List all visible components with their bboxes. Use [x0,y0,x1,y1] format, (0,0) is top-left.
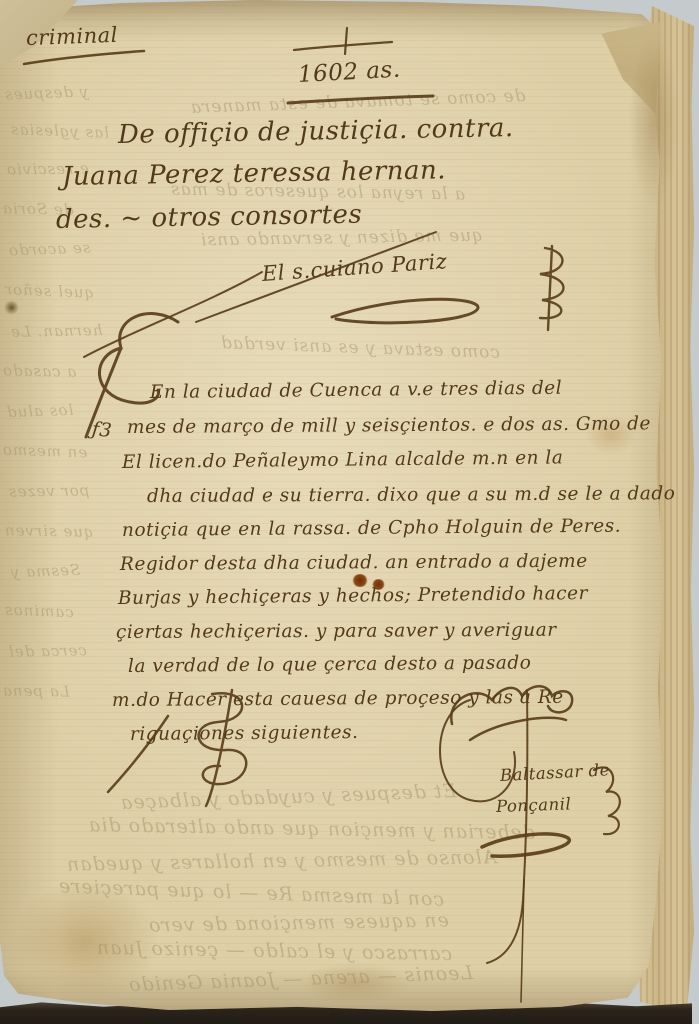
body-line: la verdad de lo que çerca desto a pasado [128,652,531,677]
title-line: des. ~ otros consortes [56,200,363,235]
bleedthrough-line: La pena [2,681,70,700]
classification-label: criminal [26,23,119,50]
manuscript-scan: y despues las yglesias e rescivio de Sor… [0,0,699,1024]
bleedthrough-line: Sesma y [10,561,81,581]
margin-mark: ƒ3 [91,418,113,442]
body-line: mes de março de mill y seisçientos. e do… [127,413,651,438]
bleedthrough-line: y despues [4,83,89,104]
bleedthrough-line: las yglesias [10,120,110,141]
bleedthrough-line: los alud [6,401,74,421]
body-line: Regidor desta dha ciudad. an entrado a d… [120,551,588,575]
body-line: En la ciudad de Cuenca a v.e tres dias d… [150,378,562,403]
bleedthrough-line: quel señor [4,280,95,301]
bleedthrough-line: hernan. Le [10,321,103,341]
bleedthrough-line: que sirven [4,521,94,541]
bleedthrough-line: se acordo [8,239,91,260]
year-heading: 1602 as. [297,57,401,88]
bleedthrough-line: a casado [2,361,77,380]
signature-name-line: Ponçanil [496,794,572,816]
bleedthrough-line: cerca del [8,641,87,660]
bleedthrough-line: en mesmo [2,441,88,462]
body-line: çiertas hechiçerias. y para saver y aver… [116,620,557,643]
bleedthrough-line: por vezes [8,481,90,500]
bleedthrough-line: caminos [4,601,74,621]
body-line: m.do Hacer esta cauesa de proçeso y las … [112,687,564,711]
body-line: riguaçiones siguientes. [130,722,359,745]
body-line: notiçia que en la rassa. de Cpho Holguin… [122,516,621,541]
body-line: dha ciudad e su tierra. dixo que a su m.… [147,483,675,507]
